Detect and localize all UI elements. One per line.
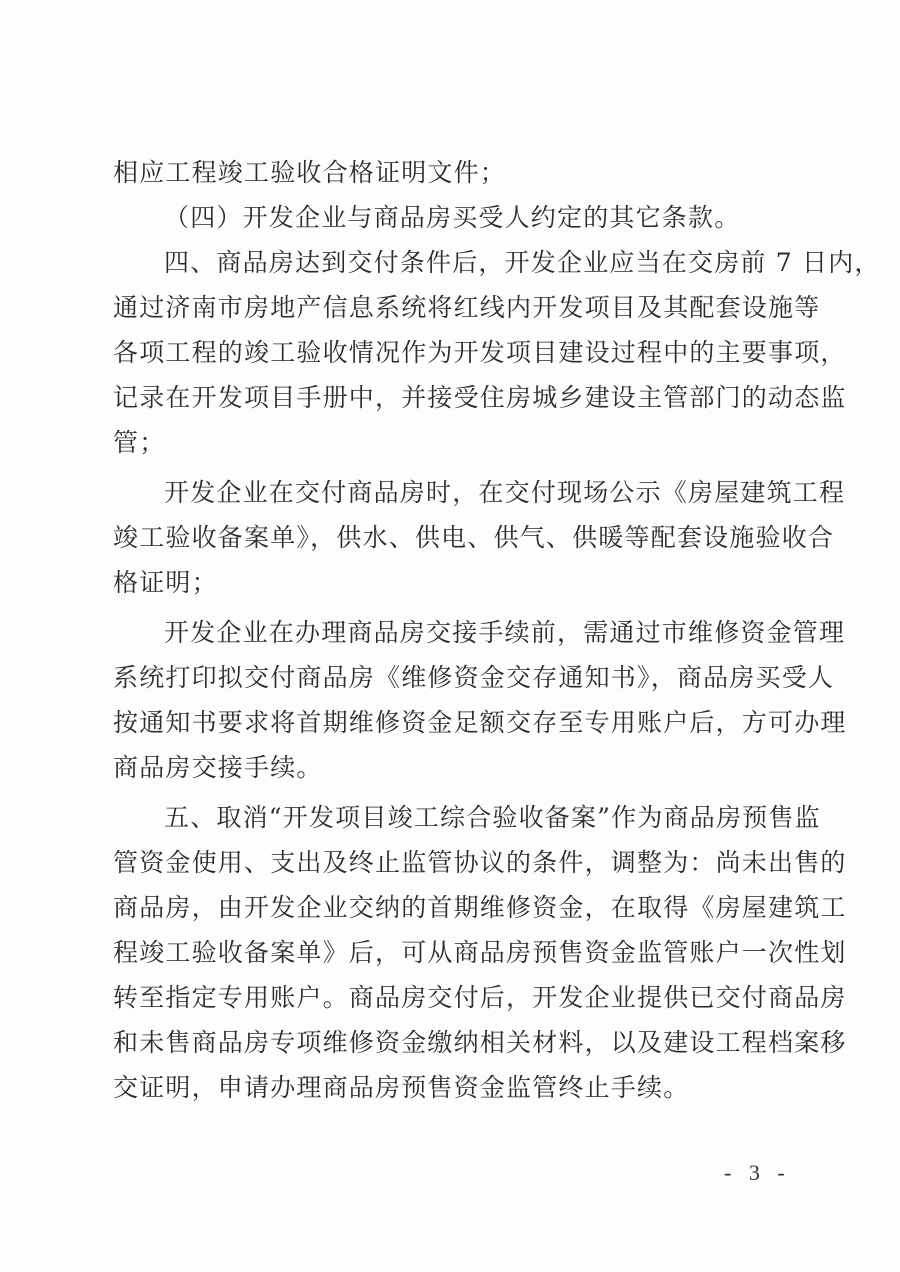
text-line: 转至指定专用账户。商品房交付后，开发企业提供已交付商品房 xyxy=(113,975,847,1021)
text-line: 相应工程竣工验收合格证明文件； xyxy=(113,150,506,196)
text-line: 程竣工验收备案单》后，可从商品房预售资金监管账户一次性划 xyxy=(113,930,847,976)
text-line: 商品房，由开发企业交纳的首期维修资金，在取得《房屋建筑工 xyxy=(113,885,847,931)
text-line: 格证明； xyxy=(113,560,218,606)
text-line: 五、取消“开发项目竣工综合验收备案”作为商品房预售监 xyxy=(164,795,821,841)
text-line: 竣工验收备案单》，供水、供电、供气、供暖等配套设施验收合 xyxy=(113,515,834,561)
page-number: - 3 - xyxy=(724,1160,791,1186)
text-line: 交证明，申请办理商品房预售资金监管终止手续。 xyxy=(113,1065,689,1111)
text-line: 按通知书要求将首期维修资金足额交存至专用账户后，方可办理 xyxy=(113,700,847,746)
text-line: （四）开发企业与商品房买受人约定的其它条款。 xyxy=(164,195,740,241)
document-page: 相应工程竣工验收合格证明文件； （四）开发企业与商品房买受人约定的其它条款。 四… xyxy=(0,0,900,1272)
text-line: 记录在开发项目手册中，并接受住房城乡建设主管部门的动态监 xyxy=(113,375,847,421)
text-line: 开发企业在办理商品房交接手续前，需通过市维修资金管理 xyxy=(164,610,845,656)
text-line: 四、商品房达到交付条件后，开发企业应当在交房前 7 日内， xyxy=(164,240,881,286)
text-line: 和未售商品房专项维修资金缴纳相关材料，以及建设工程档案移 xyxy=(113,1020,847,1066)
text-line: 各项工程的竣工验收情况作为开发项目建设过程中的主要事项， xyxy=(113,330,847,376)
text-line: 通过济南市房地产信息系统将红线内开发项目及其配套设施等 xyxy=(113,285,820,331)
text-line: 开发企业在交付商品房时，在交付现场公示《房屋建筑工程 xyxy=(164,470,845,516)
text-line: 商品房交接手续。 xyxy=(113,745,323,791)
text-line: 系统打印拟交付商品房《维修资金交存通知书》，商品房买受人 xyxy=(113,655,834,701)
text-line: 管资金使用、支出及终止监管协议的条件，调整为：尚未出售的 xyxy=(113,840,847,886)
text-line: 管； xyxy=(113,420,165,466)
